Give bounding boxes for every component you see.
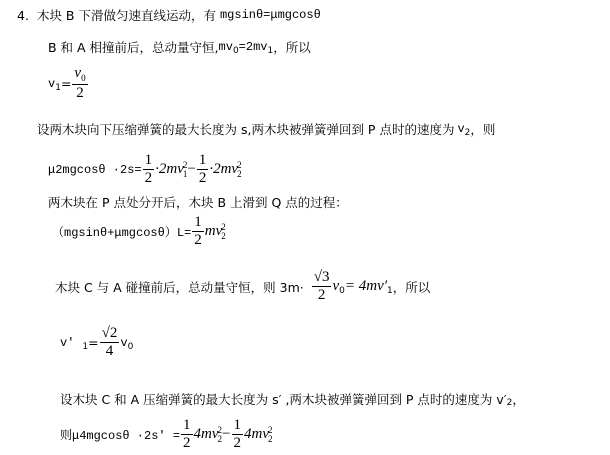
numerator: 1 bbox=[143, 153, 155, 170]
energy-term: mv bbox=[205, 223, 223, 240]
subscript: 0 bbox=[81, 73, 86, 83]
energy-term: ·2mv bbox=[155, 161, 184, 178]
solution-line-11: 则μ4mgcosθ ·2s′ = 12 4mv 22 − 12 4mv 22 bbox=[60, 418, 273, 451]
subscript: 1 bbox=[387, 286, 393, 296]
momentum-term: mv bbox=[219, 40, 233, 54]
subscript: 0 bbox=[233, 46, 239, 56]
energy-term: 4mv bbox=[194, 426, 219, 443]
variable: v bbox=[48, 77, 55, 91]
fraction: 12 bbox=[143, 153, 155, 186]
sup-sub: 22 bbox=[221, 223, 226, 239]
fraction: 12 bbox=[181, 418, 193, 451]
numerator: 1 bbox=[192, 215, 204, 232]
sup-sub: 22 bbox=[237, 161, 242, 177]
solution-line-9: v′1 = √24 v0 bbox=[60, 326, 133, 359]
subscript: 2 bbox=[237, 170, 242, 178]
equation: mgsinθ=μmgcosθ bbox=[220, 8, 321, 22]
numerator: 1 bbox=[232, 418, 244, 435]
subscript: 2 bbox=[507, 398, 513, 408]
denominator: 2 bbox=[183, 435, 191, 451]
equation-lhs: 则μ4mgcosθ ·2s′ = bbox=[60, 426, 180, 443]
subscript: 1 bbox=[82, 342, 88, 352]
solution-line-10: 设木块 C 和 A 压缩弹簧的最大长度为 s′ ,两木块被弹簧弹回到 P 点时的… bbox=[60, 390, 525, 408]
subscript: 0 bbox=[128, 342, 134, 352]
solution-line-3: v1 = v0 2 bbox=[48, 66, 89, 101]
denominator: 2 bbox=[145, 170, 153, 186]
variable: v bbox=[120, 336, 127, 350]
subscript: 2 bbox=[221, 232, 226, 240]
equation-rhs: = 4mv′ bbox=[345, 278, 387, 295]
problem-number: 4. bbox=[17, 8, 29, 23]
numerator: 1 bbox=[181, 418, 193, 435]
statement-text: 木块 C 与 A 碰撞前后，总动量守恒，则 3m· bbox=[55, 278, 304, 296]
equals-sign: = bbox=[61, 76, 71, 91]
statement-tail: ， bbox=[512, 390, 525, 408]
energy-term: 4mv bbox=[244, 426, 269, 443]
statement-tail: ，则 bbox=[470, 120, 495, 138]
denominator: 2 bbox=[199, 170, 207, 186]
denominator: 4 bbox=[106, 343, 114, 359]
solution-line-6: 两木块在 P 点处分开后，木块 B 上滑到 Q 点的过程： bbox=[48, 193, 348, 211]
statement-tail: ，所以 bbox=[273, 38, 311, 56]
fraction: v0 2 bbox=[72, 66, 87, 101]
statement-text: 设木块 C 和 A 压缩弹簧的最大长度为 s′ ,两木块被弹簧弹回到 P 点时的… bbox=[60, 390, 507, 408]
subscript: 1 bbox=[267, 46, 273, 56]
equation-lhs: （mgsinθ+μmgcosθ）L= bbox=[52, 223, 191, 240]
minus-sign: − bbox=[187, 161, 195, 178]
denominator: 2 bbox=[194, 232, 202, 248]
solution-line-2: B 和 A 相撞前后，总动量守恒, mv0 =2mv1 ，所以 bbox=[48, 38, 311, 56]
numerator: √3 bbox=[312, 270, 332, 287]
statement-text: 木块 B 下滑做匀速直线运动，有 bbox=[37, 6, 216, 24]
minus-sign: − bbox=[222, 426, 230, 443]
subscript: 2 bbox=[465, 128, 471, 138]
denominator: 2 bbox=[318, 287, 326, 303]
momentum-term: =2mv bbox=[239, 40, 268, 54]
statement-text: 两木块在 P 点处分开后，木块 B 上滑到 Q 点的过程： bbox=[48, 193, 348, 211]
solution-line-8: 木块 C 与 A 碰撞前后，总动量守恒，则 3m· √32 v0 = 4mv′1… bbox=[55, 270, 430, 303]
solution-line-7: （mgsinθ+μmgcosθ）L= 12 mv 22 bbox=[52, 215, 226, 248]
variable: v bbox=[332, 278, 339, 295]
fraction: √24 bbox=[100, 326, 120, 359]
numerator: 1 bbox=[197, 153, 209, 170]
subscript: 0 bbox=[339, 286, 345, 296]
denominator: 2 bbox=[234, 435, 242, 451]
subscript: 1 bbox=[55, 83, 61, 93]
statement-tail: ，所以 bbox=[393, 278, 431, 296]
fraction: 12 bbox=[197, 153, 209, 186]
energy-term: ·2mv bbox=[209, 161, 238, 178]
denominator: 2 bbox=[76, 85, 84, 101]
equals-sign: = bbox=[88, 335, 98, 350]
fraction: √32 bbox=[312, 270, 332, 303]
statement-text: 设两木块向下压缩弹簧的最大长度为 s,两木块被弹簧弹回到 P 点时的速度为 bbox=[37, 120, 454, 138]
sup-sub: 22 bbox=[268, 426, 273, 442]
fraction: 12 bbox=[192, 215, 204, 248]
solution-line-4: 设两木块向下压缩弹簧的最大长度为 s,两木块被弹簧弹回到 P 点时的速度为 v2… bbox=[37, 120, 495, 138]
equation-lhs: μ2mgcosθ ·2s= bbox=[48, 163, 142, 177]
variable: v bbox=[457, 122, 464, 136]
variable: v′ bbox=[60, 336, 74, 350]
solution-line-1: 4. 木块 B 下滑做匀速直线运动，有 mgsinθ=μmgcosθ bbox=[17, 6, 321, 24]
solution-line-5: μ2mgcosθ ·2s= 12 ·2mv 21 − 12 ·2mv 22 bbox=[48, 153, 242, 186]
fraction: 12 bbox=[232, 418, 244, 451]
subscript: 2 bbox=[268, 435, 273, 443]
numerator: √2 bbox=[100, 326, 120, 343]
statement-text: B 和 A 相撞前后，总动量守恒, bbox=[48, 38, 219, 56]
